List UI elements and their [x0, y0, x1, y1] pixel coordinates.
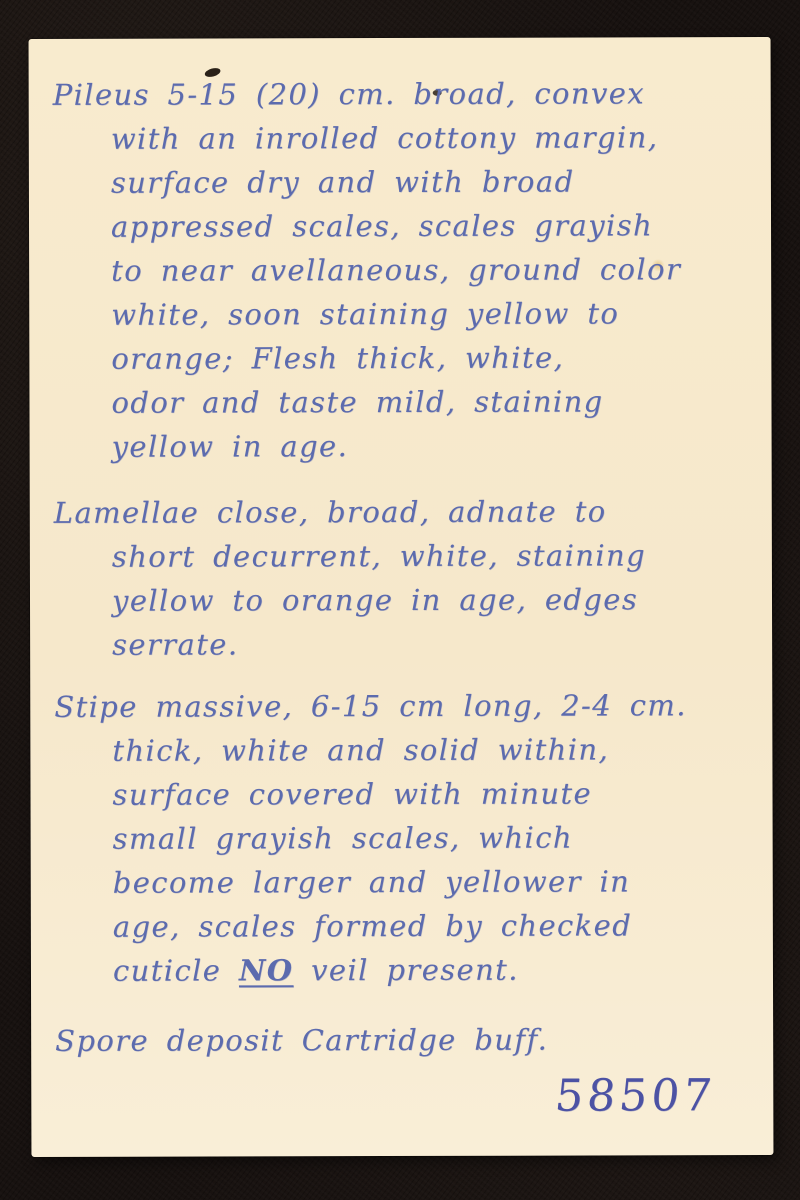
handwritten-line: yellow in age. — [30, 423, 772, 469]
handwritten-line: appressed scales, scales grayish — [29, 203, 771, 249]
handwritten-line: to near avellaneous, ground color — [29, 247, 771, 293]
handwritten-line: small grayish scales, which — [31, 815, 773, 861]
handwritten-line: Stipe massive, 6-15 cm long, 2-4 cm. — [30, 683, 772, 729]
catalog-number: 58507 — [29, 1071, 776, 1123]
handwritten-line: Lamellae close, broad, adnate to — [30, 489, 772, 535]
handwritten-line: yellow to orange in age, edges — [30, 577, 772, 623]
handwritten-line: white, soon staining yellow to — [29, 291, 771, 337]
handwritten-line: odor and taste mild, staining — [29, 379, 771, 425]
handwritten-line: Spore deposit Cartridge buff. — [31, 1017, 773, 1063]
handwritten-line: short decurrent, white, staining — [30, 533, 772, 579]
underlined-word: NO — [239, 953, 294, 987]
handwritten-line: thick, white and solid within, — [30, 727, 772, 773]
photo-background: Pileus 5-15 (20) cm. broad, convex with … — [0, 0, 800, 1200]
paragraph-spore-deposit: Spore deposit Cartridge buff. — [31, 1017, 773, 1063]
line-text: veil present. — [293, 953, 518, 988]
handwritten-line: Pileus 5-15 (20) cm. broad, convex — [29, 71, 771, 117]
handwritten-line: become larger and yellower in — [31, 859, 773, 905]
handwritten-line: age, scales formed by checked — [31, 903, 773, 949]
handwritten-line: surface covered with minute — [30, 771, 772, 817]
handwritten-line: cuticle NO veil present. — [31, 947, 773, 993]
handwritten-line: orange; Flesh thick, white, — [29, 335, 771, 381]
paragraph-lamellae: Lamellae close, broad, adnate to short d… — [30, 489, 772, 667]
handwritten-line: surface dry and with broad — [29, 159, 771, 205]
line-text: cuticle — [113, 953, 239, 987]
handwritten-line: serrate. — [30, 621, 772, 667]
paragraph-pileus: Pileus 5-15 (20) cm. broad, convex with … — [29, 71, 772, 469]
handwritten-line: with an inrolled cottony margin, — [29, 115, 771, 161]
index-card: Pileus 5-15 (20) cm. broad, convex with … — [29, 37, 774, 1157]
paragraph-stipe: Stipe massive, 6-15 cm long, 2-4 cm. thi… — [30, 683, 773, 993]
